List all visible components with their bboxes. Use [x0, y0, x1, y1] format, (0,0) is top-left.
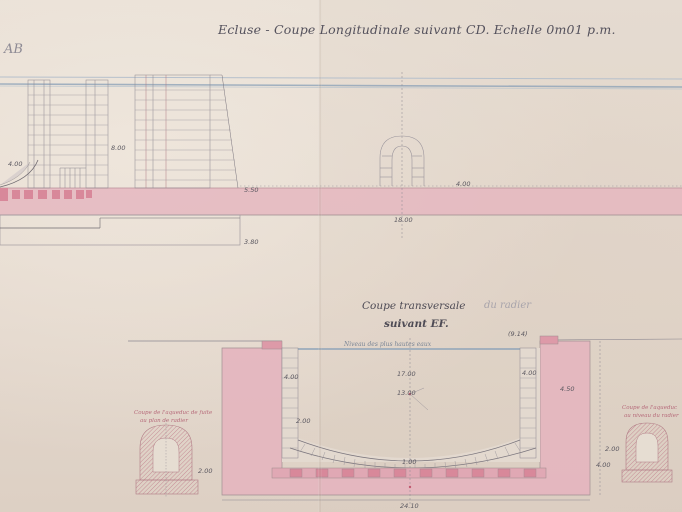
sheet-mark: AB	[4, 42, 23, 57]
dim-left-mark: 4.00	[8, 160, 22, 168]
transverse-section	[128, 336, 682, 505]
drawing-title: Ecluse - Coupe Longitudinale suivant CD.…	[218, 22, 616, 37]
dim-right-outer: 4.00	[596, 461, 610, 469]
detail-right-dimension: 2.00	[605, 445, 619, 453]
dim-chamber-width-2: 13.00	[397, 389, 416, 397]
detail-right-culvert	[622, 423, 672, 482]
dim-floor-center: 1.00	[402, 458, 416, 466]
dim-top-right: (9.14)	[508, 330, 528, 338]
technical-drawing	[0, 0, 682, 512]
detail-right-title: Coupe de l'aqueduc	[622, 405, 677, 411]
detail-left-subtitle: au plan de radier	[140, 418, 188, 424]
dim-wall-height: 8.00	[111, 144, 125, 152]
detail-left-dimension: 2.00	[198, 467, 212, 475]
dim-left-mid: 2.00	[296, 417, 310, 425]
dim-right-wall-height: 4.00	[522, 369, 536, 377]
drawing-sheet: Ecluse - Coupe Longitudinale suivant CD.…	[0, 0, 682, 512]
longitudinal-section	[0, 72, 682, 245]
dim-right-mid: 4.50	[560, 385, 574, 393]
dim-chamber-width-1: 17.00	[397, 370, 416, 378]
detail-left-culvert	[136, 420, 198, 498]
transverse-section-title: Coupe transversale	[362, 300, 465, 312]
dim-base-width: 24.10	[400, 502, 419, 510]
transverse-section-title-faint: du radier	[484, 300, 531, 311]
transverse-section-subtitle: suivant EF.	[384, 318, 449, 330]
water-level-note: Niveau des plus hautes eaux	[344, 341, 431, 348]
dim-floor-length: 18.00	[394, 216, 413, 224]
dim-right-mark: 5.50	[244, 186, 258, 194]
paper-fold	[318, 0, 322, 512]
dim-base-mark: 3.80	[244, 238, 258, 246]
dim-left-wall-height: 4.00	[284, 373, 298, 381]
detail-right-subtitle: au niveau du radier	[624, 413, 679, 419]
dim-culvert-floor: 4.00	[456, 180, 470, 188]
detail-left-title: Coupe de l'aqueduc de fuite	[134, 410, 212, 416]
